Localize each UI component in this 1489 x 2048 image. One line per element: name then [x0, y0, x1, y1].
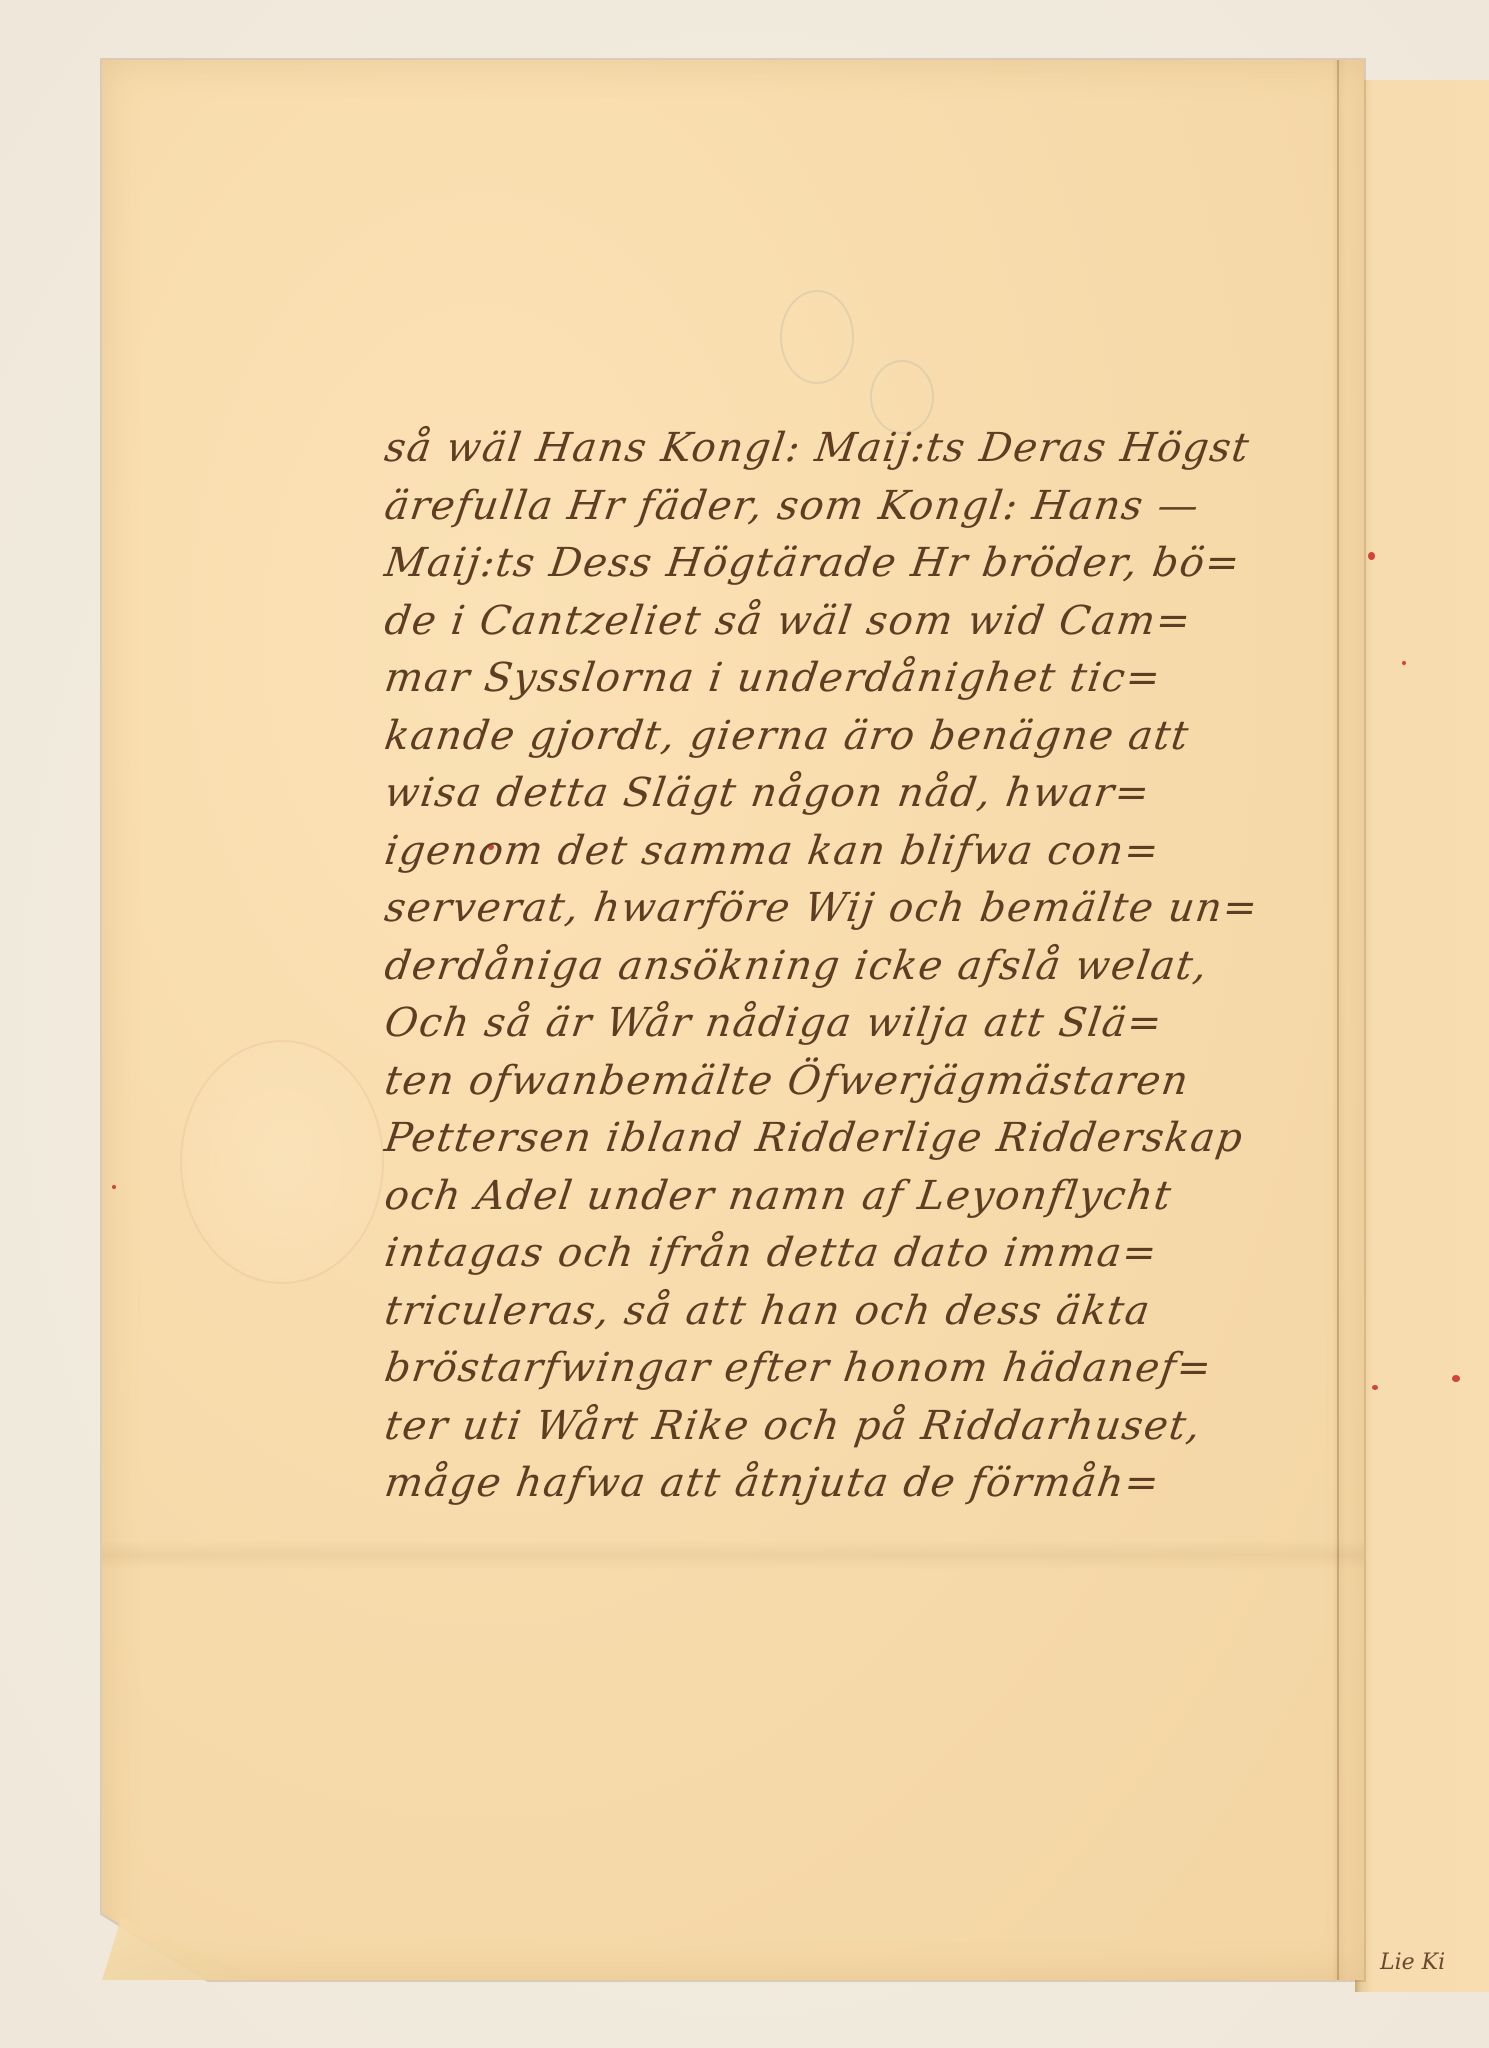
text-line: Pettersen ibland Ridderlige Ridderskap [381, 1110, 1339, 1168]
text-line: ärefulla Hr fäder, som Kongl: Hans — [381, 478, 1339, 536]
adjacent-sheet [1355, 80, 1489, 1992]
manuscript-text: så wäl Hans Kongl: Maij:ts Deras Högst ä… [385, 420, 1335, 1513]
text-line: så wäl Hans Kongl: Maij:ts Deras Högst [381, 420, 1339, 478]
margin-note: Lie Ki [1380, 1950, 1445, 1975]
wax-spot [1372, 1385, 1378, 1390]
text-line: derdåniga ansökning icke afslå welat, [381, 938, 1339, 996]
text-line: Och så är Wår nådiga wilja att Slä= [381, 995, 1339, 1053]
wax-spot [1368, 552, 1375, 560]
text-line: igenom det samma kan blifwa con= [381, 823, 1339, 881]
text-line: wisa detta Slägt någon nåd, hwar= [381, 765, 1339, 823]
text-line: måge hafwa att åtnjuta de förmåh= [381, 1455, 1339, 1513]
bleed-through-stroke [780, 290, 854, 384]
wax-spot [1452, 1375, 1460, 1382]
text-line: de i Cantzeliet så wäl som wid Cam= [381, 593, 1339, 651]
vertical-crease [1337, 60, 1339, 1980]
text-line: Maij:ts Dess Högtärade Hr bröder, bö= [381, 535, 1339, 593]
text-line: serverat, hwarföre Wij och bemälte un= [381, 880, 1339, 938]
text-line: mar Sysslorna i underdånighet tic= [381, 650, 1339, 708]
text-line: bröstarfwingar efter honom hädanef= [381, 1340, 1339, 1398]
wax-spot [112, 1185, 116, 1189]
seal-impression [180, 1040, 384, 1284]
text-line: triculeras, så att han och dess äkta [381, 1283, 1339, 1341]
text-line: och Adel under namn af Leyonflycht [381, 1168, 1339, 1226]
wax-spot [1402, 661, 1406, 665]
text-line: intagas och ifrån detta dato imma= [381, 1225, 1339, 1283]
text-line: kande gjordt, gierna äro benägne att [381, 708, 1339, 766]
text-line: ten ofwanbemälte Öfwerjägmästaren [381, 1053, 1339, 1111]
text-line: ter uti Wårt Rike och på Riddarhuset, [381, 1398, 1339, 1456]
